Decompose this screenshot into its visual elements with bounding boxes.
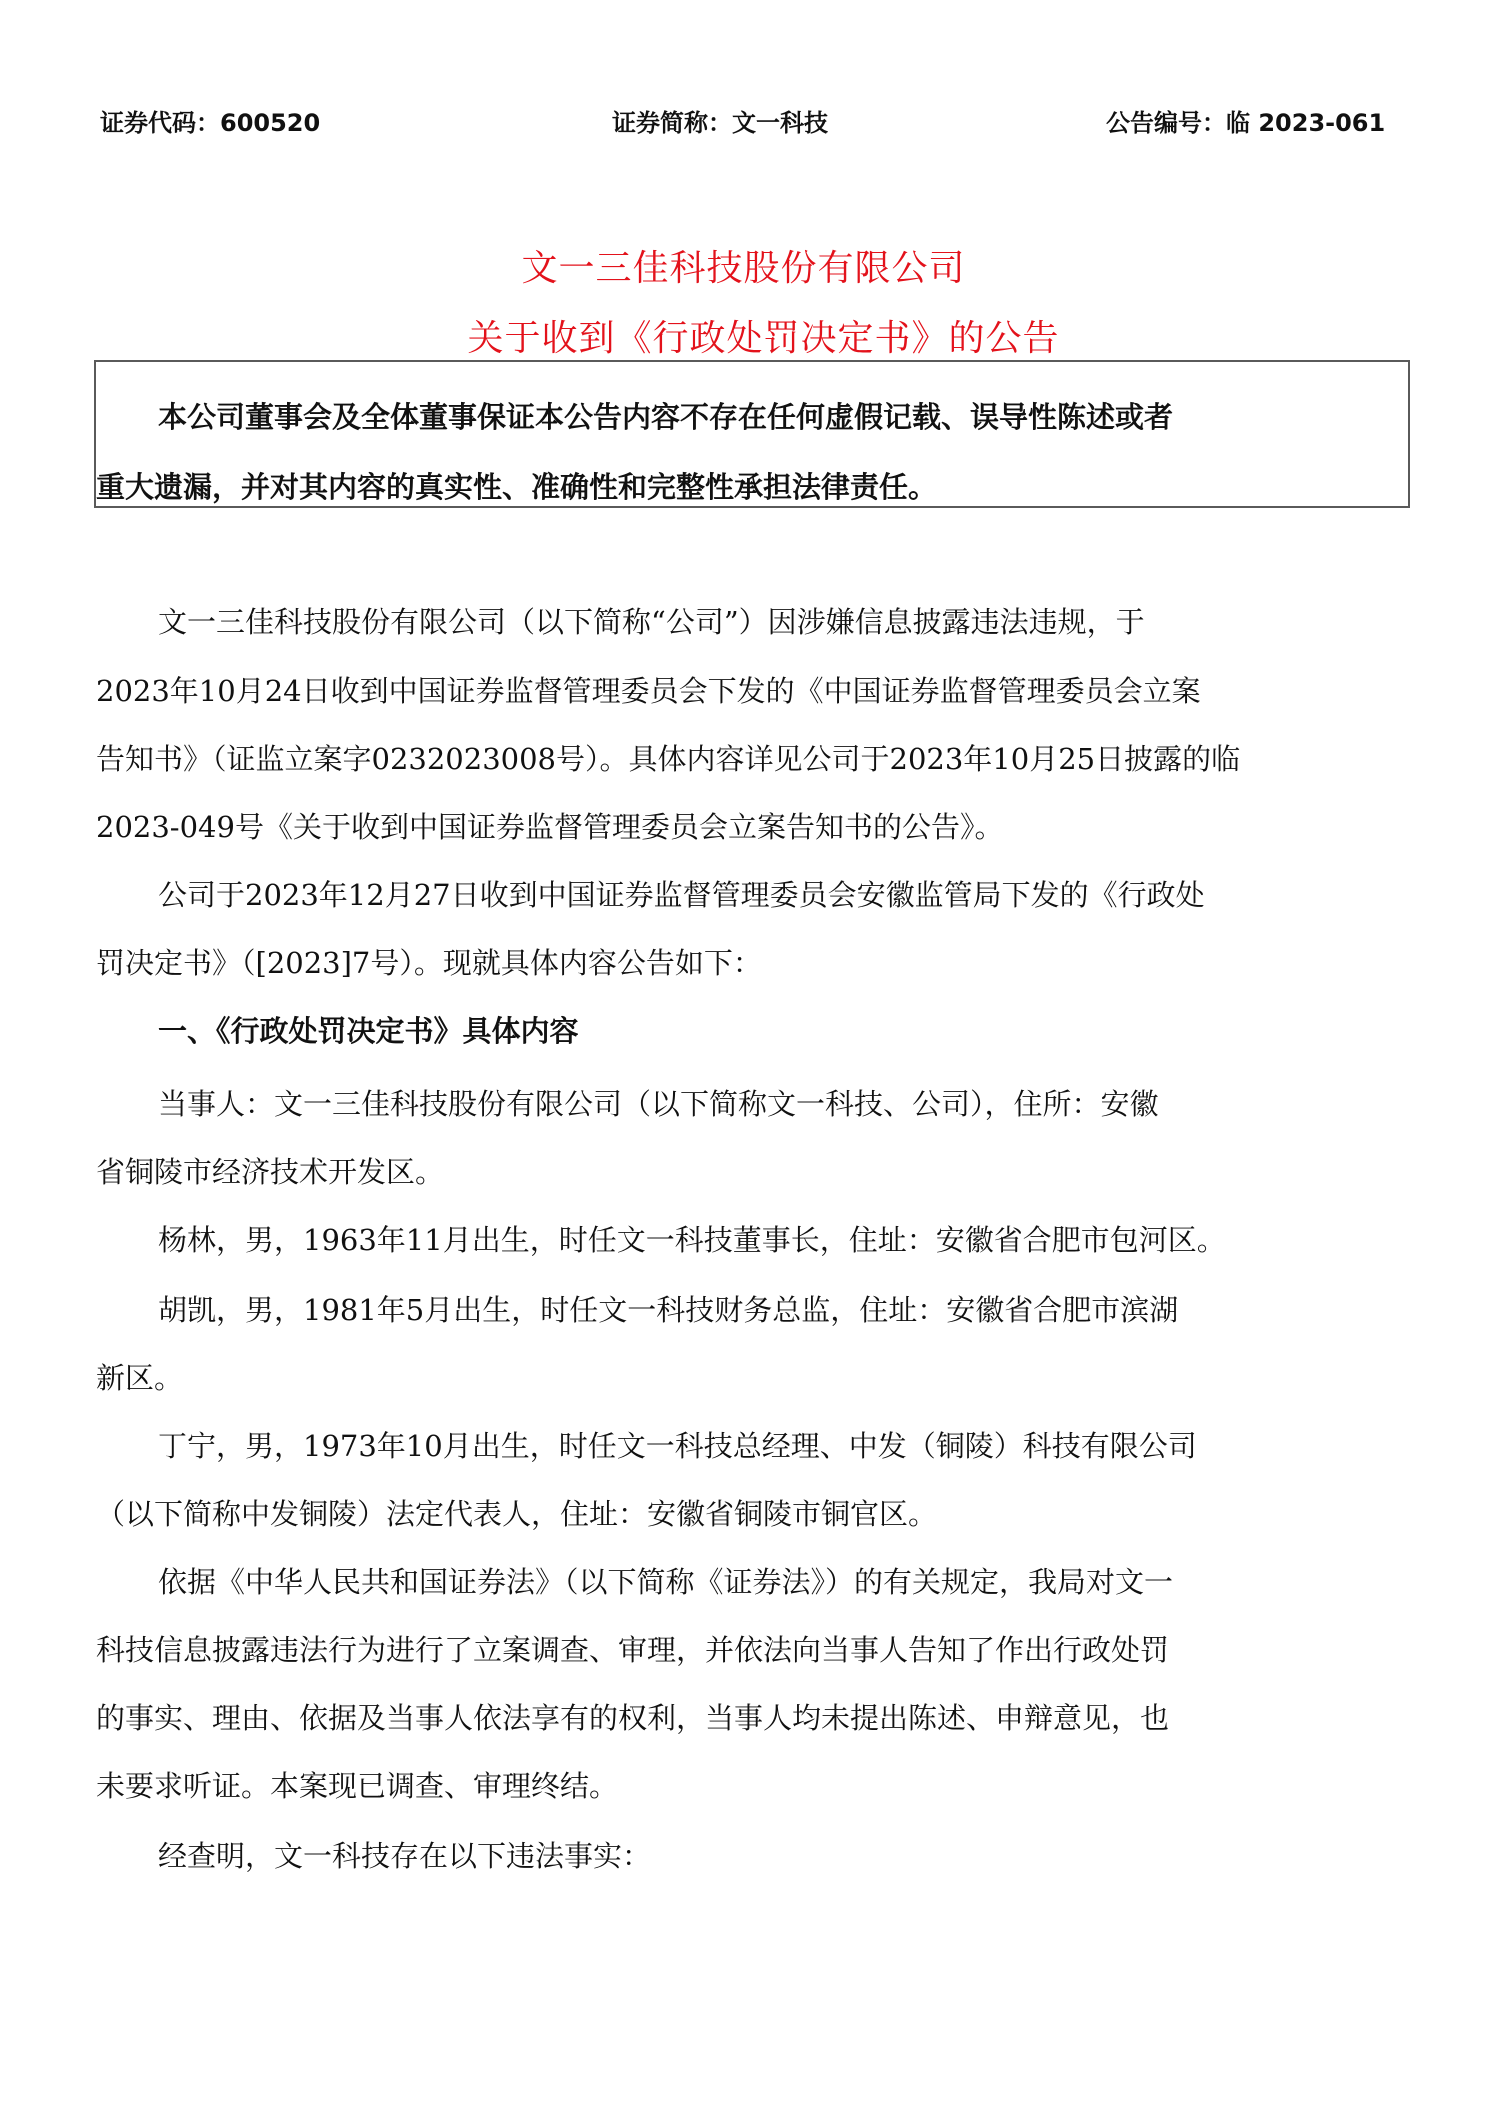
paragraph-line: 丁宁，男，1973年10月出生，时任文一科技总经理、中发（铜陵）科技有限公司 (158, 1424, 1197, 1465)
paragraph-line: 依据《中华人民共和国证券法》（以下简称《证券法》）的有关规定，我局对文一 (158, 1560, 1173, 1601)
announcement-number: 公告编号：临 2023-061 (1106, 103, 1385, 138)
notice-line-2: 重大遗漏，并对其内容的真实性、准确性和完整性承担法律责任。 (96, 452, 1406, 522)
document-header: 证券代码：600520 证券简称：文一科技 公告编号：临 2023-061 (0, 103, 1487, 143)
paragraph-line: 科技信息披露违法行为进行了立案调查、审理，并依法向当事人告知了作出行政处罚 (96, 1628, 1169, 1669)
notice-line-1: 本公司董事会及全体董事保证本公告内容不存在任何虚假记载、误导性陈述或者 (96, 382, 1406, 452)
stock-abbreviation: 证券简称：文一科技 (612, 103, 828, 138)
paragraph-line: 罚决定书》（[2023]7号）。现就具体内容公告如下： (96, 941, 762, 982)
paragraph-line: 当事人：文一三佳科技股份有限公司（以下简称文一科技、公司），住所：安徽 (158, 1082, 1159, 1123)
paragraph-line: 2023年10月24日收到中国证券监督管理委员会下发的《中国证券监督管理委员会立… (96, 669, 1201, 710)
paragraph-line: 告知书》（证监立案字0232023008号）。具体内容详见公司于2023年10月… (96, 737, 1240, 778)
paragraph-line: 省铜陵市经济技术开发区。 (96, 1150, 444, 1191)
paragraph-line: 的事实、理由、依据及当事人依法享有的权利，当事人均未提出陈述、申辩意见，也 (96, 1696, 1169, 1737)
section-heading: 一、《行政处罚决定书》具体内容 (158, 1009, 579, 1050)
paragraph-line: 未要求听证。本案现已调查、审理终结。 (96, 1764, 618, 1805)
company-title: 文一三佳科技股份有限公司 (0, 240, 1487, 291)
paragraph-line: 经查明，文一科技存在以下违法事实： (158, 1834, 651, 1875)
announcement-title: 关于收到《行政处罚决定书》的公告 (20, 310, 1487, 361)
paragraph-line: 胡凯，男，1981年5月出生，时任文一科技财务总监，住址：安徽省合肥市滨湖 (158, 1288, 1178, 1329)
paragraph-line: 文一三佳科技股份有限公司（以下简称“公司”）因涉嫌信息披露违法违规，于 (158, 600, 1145, 641)
paragraph-line: 2023-049号《关于收到中国证券监督管理委员会立案告知书的公告》。 (96, 805, 1003, 846)
board-guarantee-notice: 本公司董事会及全体董事保证本公告内容不存在任何虚假记载、误导性陈述或者 重大遗漏… (94, 360, 1410, 508)
document-page: 证券代码：600520 证券简称：文一科技 公告编号：临 2023-061 文一… (0, 0, 1487, 2105)
paragraph-line: 新区。 (96, 1356, 183, 1397)
paragraph-line: （以下简称中发铜陵）法定代表人，住址：安徽省铜陵市铜官区。 (96, 1492, 937, 1533)
paragraph-line: 杨林，男，1963年11月出生，时任文一科技董事长，住址：安徽省合肥市包河区。 (158, 1218, 1226, 1259)
stock-code: 证券代码：600520 (100, 103, 320, 138)
paragraph-line: 公司于2023年12月27日收到中国证券监督管理委员会安徽监管局下发的《行政处 (158, 873, 1205, 914)
